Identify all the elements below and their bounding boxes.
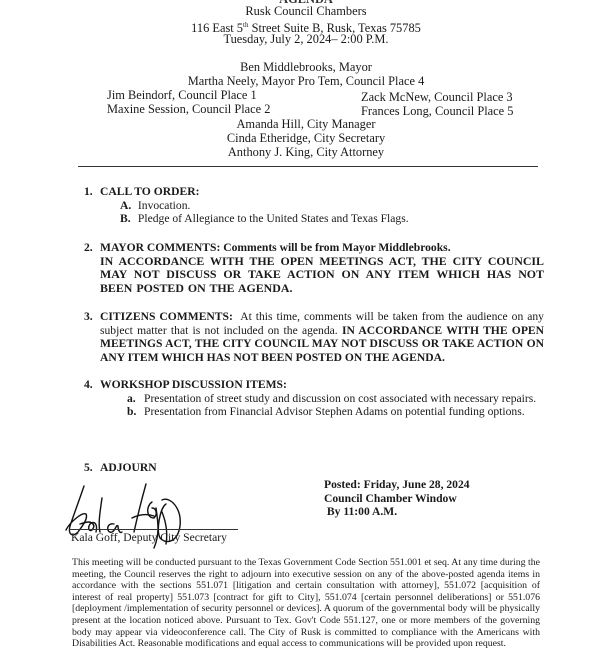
header-divider [78,166,538,167]
official-place-3: Zack McNew, Council Place 3 [361,90,513,104]
open-meetings-notice: IN ACCORDANCE WITH THE OPEN MEETINGS ACT… [100,255,544,296]
item-number: 3. [84,310,93,324]
sub-item-label: a. [127,392,144,406]
sub-item: A. Invocation. [120,199,544,213]
posted-date: Posted: Friday, June 28, 2024 [324,478,470,492]
sub-item: b.Presentation from Financial Advisor St… [127,405,544,419]
official-city-secretary: Cinda Etheridge, City Secretary [0,131,612,145]
official-city-attorney: Anthony J. King, City Attorney [0,145,612,159]
item-number: 4. [84,378,93,392]
sub-item-label: B. [120,212,135,226]
item-number: 2. [84,241,93,255]
posted-location: Council Chamber Window [324,492,470,506]
sub-item-text: Invocation. [138,199,190,212]
item-title: CALL TO ORDER: [100,185,544,199]
item-title: CITIZENS COMMENTS: [100,310,233,323]
meeting-datetime: Tuesday, July 2, 2024– 2:00 P.M. [0,32,612,46]
item-number: 1. [84,185,93,199]
item-title: WORKSHOP DISCUSSION ITEMS: [100,378,544,392]
official-place-2: Maxine Session, Council Place 2 [107,102,270,116]
agenda-item-5: 5. ADJOURN [84,461,544,475]
agenda-item-2: 2. MAYOR COMMENTS: Comments will be from… [84,241,544,295]
sub-item-label: b. [127,405,144,419]
signatory-name: Kala Goff, Deputy City Secretary [71,531,227,544]
agenda-item-1: 1. CALL TO ORDER: A. Invocation. B. Pled… [84,185,544,226]
agenda-item-3: 3. CITIZENS COMMENTS: At this time, comm… [84,310,544,364]
posted-time: By 11:00 A.M. [324,505,470,519]
official-mayor: Ben Middlebrooks, Mayor [0,60,612,74]
sub-item-text: Pledge of Allegiance to the United State… [138,212,409,225]
official-city-manager: Amanda Hill, City Manager [0,117,612,131]
agenda-item-4: 4. WORKSHOP DISCUSSION ITEMS: a.Presenta… [84,378,544,419]
posting-info: Posted: Friday, June 28, 2024 Council Ch… [324,478,470,519]
sub-item-text: Presentation of street study and discuss… [144,392,536,405]
official-place-5: Frances Long, Council Place 5 [361,104,513,118]
item-title: ADJOURN [100,461,544,475]
official-mayor-pro-tem: Martha Neely, Mayor Pro Tem, Council Pla… [0,74,612,88]
sub-item: a.Presentation of street study and discu… [127,392,544,406]
item-number: 5. [84,461,93,475]
venue: Rusk Council Chambers [0,4,612,18]
official-place-1: Jim Beindorf, Council Place 1 [107,88,257,102]
item-title: MAYOR COMMENTS: Comments will be from Ma… [100,241,544,255]
sub-item-label: A. [120,199,135,213]
signature-line [69,529,238,530]
legal-notice: This meeting will be conducted pursuant … [72,557,540,650]
sub-item-text: Presentation from Financial Advisor Step… [144,405,525,418]
sub-item: B. Pledge of Allegiance to the United St… [120,212,544,226]
